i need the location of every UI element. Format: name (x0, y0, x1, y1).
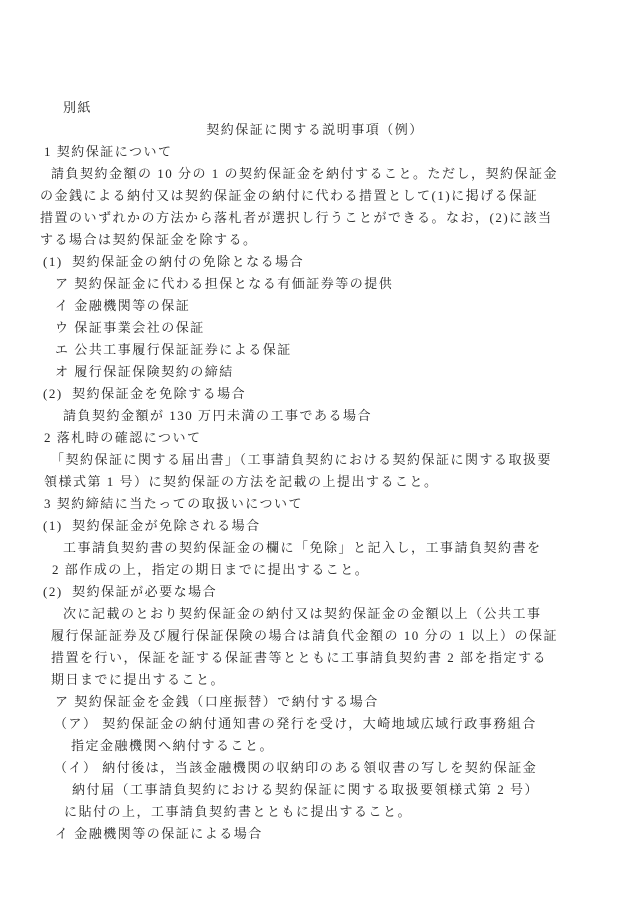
doc-line-item-e: エ 公共工事履行保証証券による保証 (0, 339, 630, 361)
document-body: 別紙 契約保証に関する説明事項（例） 1 契約保証について 請負契約金額の 10… (0, 0, 630, 845)
doc-line: 指定金融機関へ納付すること。 (0, 735, 630, 757)
doc-line-item-1-1: (1) 契約保証金の納付の免除となる場合 (0, 251, 630, 273)
doc-line: 措置のいずれかの方法から落札者が選択し行うことができる。なお，(2)に該当 (0, 207, 630, 229)
doc-line-section-1: 1 契約保証について (0, 141, 630, 163)
doc-line-item-o: オ 履行保証保険契約の締結 (0, 361, 630, 383)
doc-title: 契約保証に関する説明事項（例） (0, 119, 630, 141)
doc-line: 領様式第 1 号）に契約保証の方法を記載の上提出すること。 (0, 471, 630, 493)
doc-line-item-a: ア 契約保証金に代わる担保となる有価証券等の提供 (0, 273, 630, 295)
doc-line-item-1-2: (2) 契約保証金を免除する場合 (0, 383, 630, 405)
doc-line: に貼付の上，工事請負契約書とともに提出すること。 (0, 801, 630, 823)
doc-line: 納付届（工事請負契約における契約保証に関する取扱要領様式第 2 号） (0, 779, 630, 801)
doc-line-item-3-1: (1) 契約保証金が免除される場合 (0, 515, 630, 537)
document-page: 別紙 契約保証に関する説明事項（例） 1 契約保証について 請負契約金額の 10… (0, 0, 630, 915)
doc-line-section-2: 2 落札時の確認について (0, 427, 630, 449)
doc-line: 工事請負契約書の契約保証金の欄に「免除」と記入し，工事請負契約書を (0, 537, 630, 559)
doc-line-section-3: 3 契約締結に当たっての取扱いについて (0, 493, 630, 515)
doc-line-item-i2: イ 金融機関等の保証による場合 (0, 823, 630, 845)
doc-line: 2 部作成の上，指定の期日までに提出すること。 (0, 559, 630, 581)
doc-line-item-a2-1: （ア） 契約保証金の納付通知書の発行を受け，大崎地域広域行政事務組合 (0, 713, 630, 735)
doc-line: 期日までに提出すること。 (0, 669, 630, 691)
doc-line: 「契約保証に関する届出書」（工事請負契約における契約保証に関する取扱要 (0, 449, 630, 471)
attachment-label: 別紙 (0, 97, 630, 119)
doc-line-item-a2: ア 契約保証金を金銭（口座振替）で納付する場合 (0, 691, 630, 713)
doc-line: する場合は契約保証金を除する。 (0, 229, 630, 251)
doc-line-item-i: イ 金融機関等の保証 (0, 295, 630, 317)
doc-line: 請負契約金額が 130 万円未満の工事である場合 (0, 405, 630, 427)
doc-line: 措置を行い，保証を証する保証書等とともに工事請負契約書 2 部を指定する (0, 647, 630, 669)
doc-line: 次に記載のとおり契約保証金の納付又は契約保証金の金額以上（公共工事 (0, 603, 630, 625)
doc-line-item-3-2: (2) 契約保証が必要な場合 (0, 581, 630, 603)
doc-line: の金銭による納付又は契約保証金の納付に代わる措置として(1)に掲げる保証 (0, 185, 630, 207)
doc-line: 請負契約金額の 10 分の 1 の契約保証金を納付すること。ただし，契約保証金 (0, 163, 630, 185)
doc-line-item-u: ウ 保証事業会社の保証 (0, 317, 630, 339)
doc-line-item-a2-2: （イ） 納付後は，当該金融機関の収納印のある領収書の写しを契約保証金 (0, 757, 630, 779)
doc-line: 履行保証証券及び履行保証保険の場合は請負代金額の 10 分の 1 以上）の保証 (0, 625, 630, 647)
